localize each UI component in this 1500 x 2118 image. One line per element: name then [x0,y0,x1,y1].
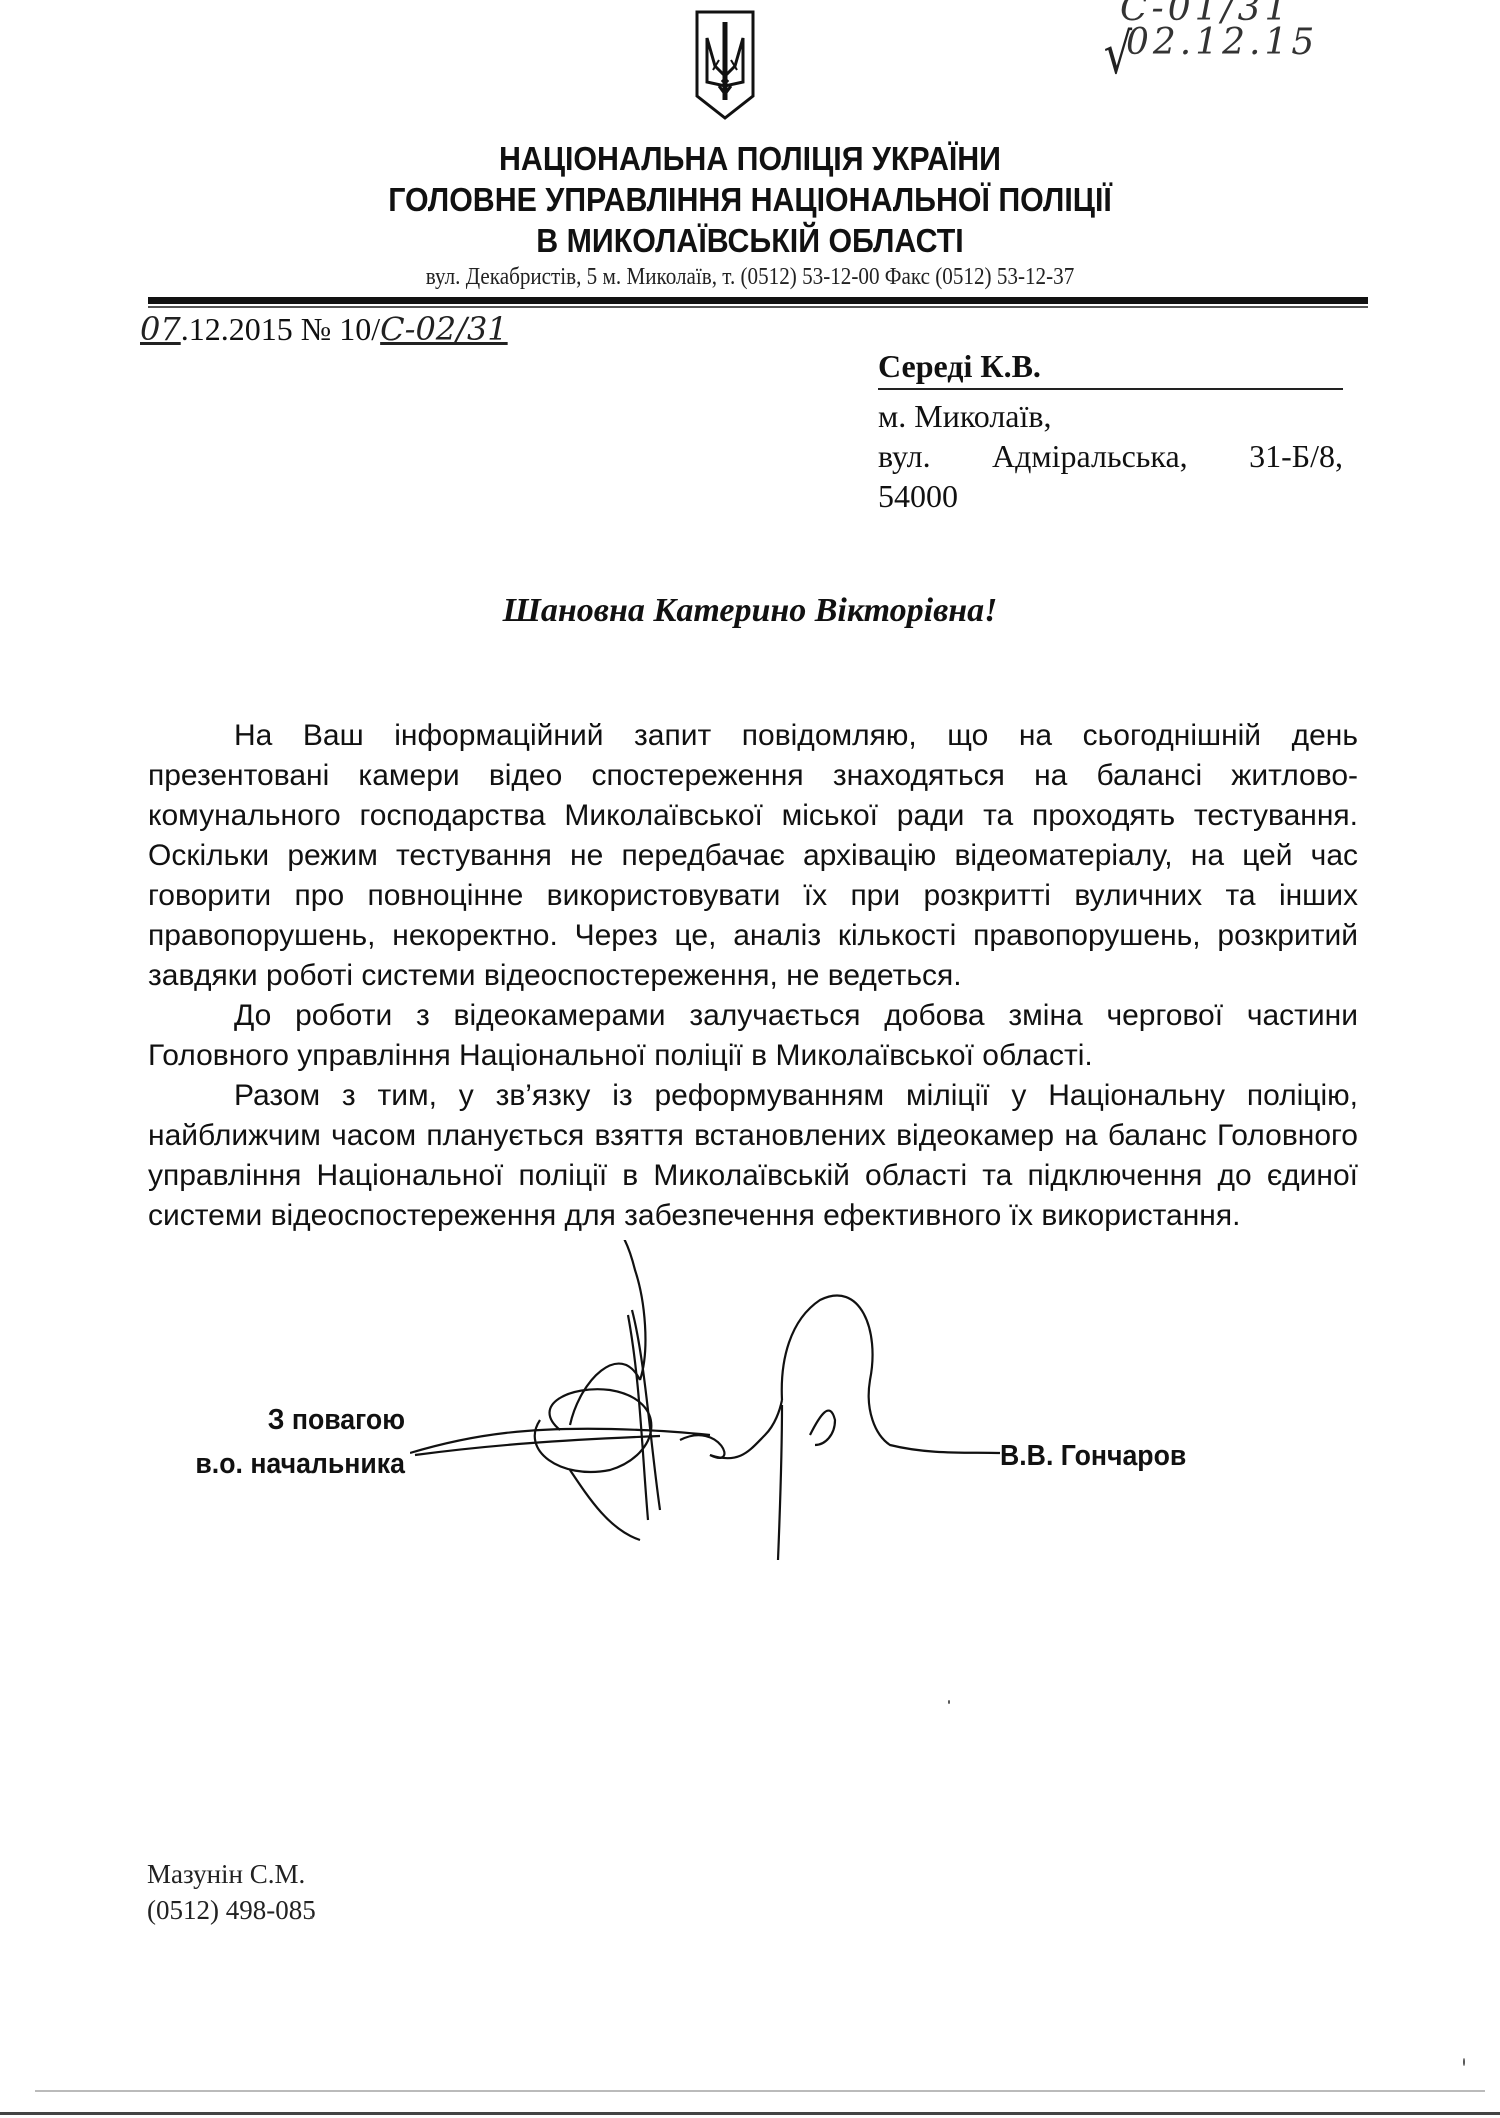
street-name: Адміральська, [992,436,1188,476]
org-contacts: вул. Декабристів, 5 м. Миколаїв, т. (051… [90,264,1410,291]
reg-day-handwritten: 07 [140,310,181,348]
reg-number-handwritten: С-02/31 [380,310,508,348]
body-paragraph: На Ваш інформаційний запит повідомляю, щ… [148,716,1358,996]
addressee-name: Середі К.В. [878,346,1343,390]
executor-name: Мазунін С.М. [147,1856,316,1892]
executor-block: Мазунін С.М. (0512) 498-085 [147,1856,316,1928]
reg-date: .12.2015 № 10/ [181,311,380,347]
street-prefix: вул. [878,436,931,476]
registration-line: 07.12.2015 № 10/С-02/31 [140,310,508,348]
scan-speck [948,1700,950,1704]
org-title-line1: НАЦІОНАЛЬНА ПОЛІЦІЯ УКРАЇНИ [60,140,1440,178]
scan-speck [310,1916,313,1919]
org-title-line3: В МИКОЛАЇВСЬКІЙ ОБЛАСТІ [60,222,1440,260]
scan-speck [1463,2058,1465,2066]
executor-phone: (0512) 498-085 [147,1892,316,1928]
signer-position: в.о. начальника [166,1442,405,1486]
trident-emblem-icon [693,8,757,122]
addressee-block: Середі К.В. м. Миколаїв, вул. Адміральсь… [878,346,1343,516]
letterhead-rule [148,297,1368,304]
closing-block: З повагою в.о. начальника [166,1398,405,1486]
addressee-city: м. Миколаїв, [878,396,1343,436]
addressee-postcode: 54000 [878,476,1343,516]
handwritten-signature [410,1240,1030,1580]
body-paragraph: Разом з тим, у зв’язку із реформуванням … [148,1076,1358,1236]
body-paragraph: До роботи з відеокамерами залучається до… [148,996,1358,1076]
street-number: 31-Б/8, [1249,436,1343,476]
stamp-date: 02.12.15 [1126,22,1318,63]
addressee-street: вул. Адміральська, 31-Б/8, [878,436,1343,476]
scan-edge-line [35,2090,1485,2092]
salutation: Шановна Катерино Вікторівна! [0,592,1500,630]
scan-edge-line [0,2112,1500,2115]
signer-name: В.В. Гончаров [1000,1440,1186,1473]
closing-regards: З повагою [166,1398,405,1442]
org-title-line2: ГОЛОВНЕ УПРАВЛІННЯ НАЦІОНАЛЬНОЇ ПОЛІЦІЇ [60,181,1440,219]
letterhead-rule-thin [148,306,1368,308]
letter-body: На Ваш інформаційний запит повідомляю, щ… [148,716,1358,1236]
